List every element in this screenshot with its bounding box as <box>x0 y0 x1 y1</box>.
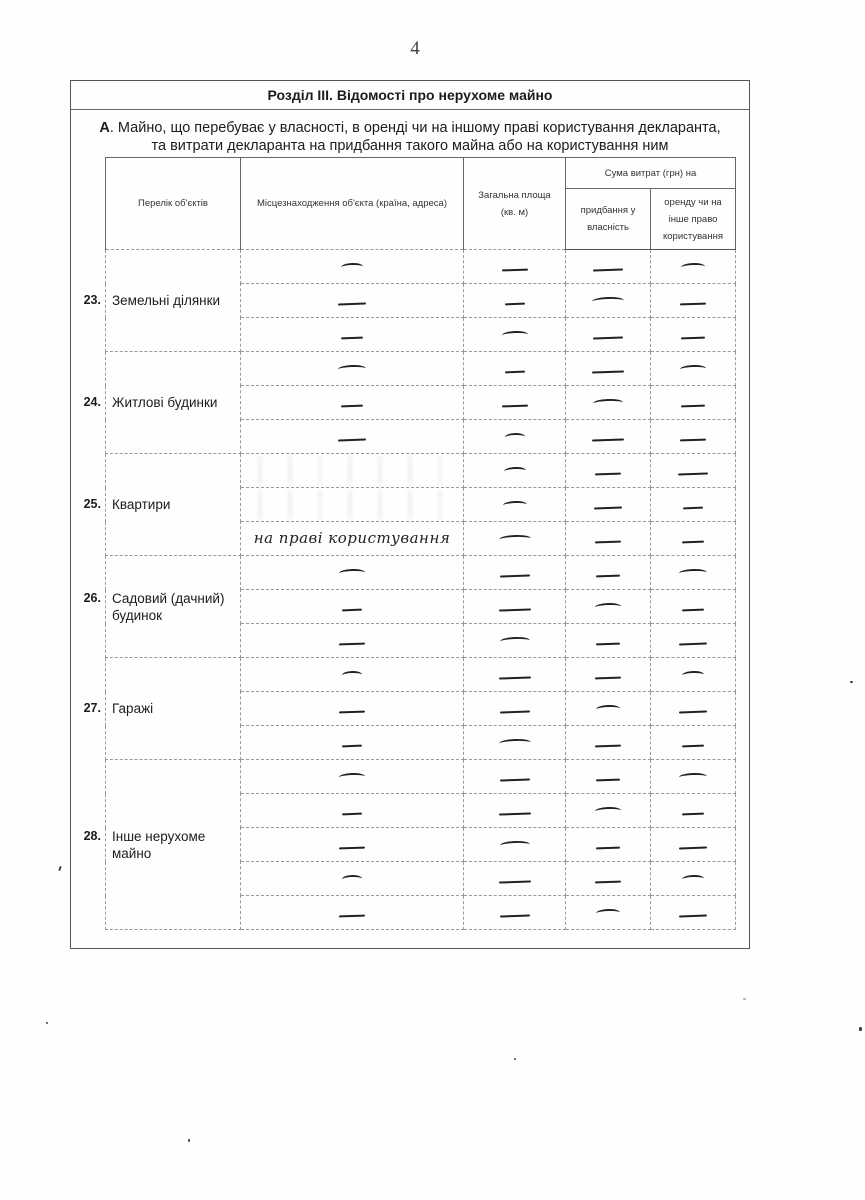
location-cell <box>241 590 464 624</box>
empty-dash-mark <box>681 404 705 407</box>
object-type-cell: 25.Квартири <box>106 454 241 556</box>
area-cell <box>464 862 566 896</box>
empty-dash-mark <box>679 710 707 713</box>
empty-dash-mark <box>595 744 621 747</box>
rent-cost-cell <box>651 590 736 624</box>
purchase-cost-cell <box>566 896 651 930</box>
purchase-cost-cell <box>566 352 651 386</box>
section-subtitle: А. Майно, що перебуває у власності, в ор… <box>71 119 749 155</box>
empty-dash-mark <box>595 472 621 475</box>
empty-dash-mark <box>596 574 620 577</box>
rent-cost-cell <box>651 726 736 760</box>
rent-cost-cell <box>651 522 736 556</box>
area-cell <box>464 556 566 590</box>
empty-dash-mark <box>502 500 526 509</box>
object-type-cell: 27.Гаражі <box>106 658 241 760</box>
area-cell <box>464 828 566 862</box>
empty-dash-mark <box>501 268 527 271</box>
empty-dash-mark <box>683 506 703 509</box>
object-type-cell: 24.Житлові будинки <box>106 352 241 454</box>
empty-dash-mark <box>341 262 363 271</box>
purchase-cost-cell <box>566 590 651 624</box>
empty-dash-mark <box>596 846 620 849</box>
rent-cost-cell <box>651 556 736 590</box>
object-type-label: Земельні ділянки <box>112 292 220 309</box>
empty-dash-mark <box>682 608 704 611</box>
empty-dash-mark <box>681 262 705 271</box>
section-number: 26. <box>68 590 101 607</box>
empty-dash-mark <box>595 806 621 815</box>
location-cell <box>241 250 464 284</box>
empty-dash-mark <box>596 704 620 713</box>
section-number: 25. <box>68 496 101 513</box>
rent-cost-cell <box>651 454 736 488</box>
empty-dash-mark <box>499 914 529 917</box>
location-cell <box>241 318 464 352</box>
redacted-address <box>245 456 459 485</box>
empty-dash-mark <box>339 772 365 781</box>
empty-dash-mark <box>594 506 622 509</box>
empty-dash-mark <box>498 676 530 679</box>
empty-dash-mark <box>596 642 620 645</box>
area-cell <box>464 488 566 522</box>
subtitle-line-1: . Майно, що перебуває у власності, в оре… <box>110 120 721 136</box>
empty-dash-mark <box>682 670 704 679</box>
rent-cost-cell <box>651 250 736 284</box>
purchase-cost-cell <box>566 862 651 896</box>
rent-cost-cell <box>651 862 736 896</box>
rent-cost-cell <box>651 488 736 522</box>
empty-dash-mark <box>339 710 365 713</box>
scan-speck <box>850 681 853 683</box>
empty-dash-mark <box>682 812 704 815</box>
empty-dash-mark <box>498 608 530 611</box>
purchase-cost-cell <box>566 726 651 760</box>
location-cell <box>241 862 464 896</box>
empty-dash-mark <box>339 568 365 577</box>
empty-dash-mark <box>342 812 362 815</box>
empty-dash-mark <box>501 404 527 407</box>
empty-dash-mark <box>342 670 362 679</box>
area-cell <box>464 386 566 420</box>
empty-dash-mark <box>680 438 706 441</box>
area-cell <box>464 896 566 930</box>
location-cell <box>241 828 464 862</box>
purchase-cost-cell <box>566 488 651 522</box>
empty-dash-mark <box>679 772 707 781</box>
purchase-cost-cell <box>566 828 651 862</box>
purchase-cost-cell <box>566 794 651 828</box>
empty-dash-mark <box>499 710 529 713</box>
empty-dash-mark <box>338 364 366 373</box>
empty-dash-mark <box>499 574 529 577</box>
empty-dash-mark <box>592 370 624 373</box>
empty-dash-mark <box>498 812 530 815</box>
empty-dash-mark <box>498 738 530 747</box>
purchase-cost-cell <box>566 556 651 590</box>
table-row: 23.Земельні ділянки <box>106 250 736 284</box>
page-number: 4 <box>0 38 830 60</box>
rent-cost-cell <box>651 760 736 794</box>
table-row: 28.Інше нерухоме майно <box>106 760 736 794</box>
rent-cost-cell <box>651 284 736 318</box>
empty-dash-mark <box>503 466 525 475</box>
empty-dash-mark <box>341 336 363 339</box>
rent-cost-cell <box>651 896 736 930</box>
purchase-cost-cell <box>566 420 651 454</box>
rent-cost-cell <box>651 386 736 420</box>
rent-cost-cell <box>651 352 736 386</box>
empty-dash-mark <box>338 438 366 441</box>
empty-dash-mark <box>499 840 529 849</box>
location-cell <box>241 896 464 930</box>
scan-speck <box>188 1139 190 1142</box>
section-number: 23. <box>68 292 101 309</box>
header-area: Загальна площа (кв. м) <box>464 158 566 250</box>
empty-dash-mark <box>593 398 623 407</box>
purchase-cost-cell <box>566 454 651 488</box>
empty-dash-mark <box>504 302 524 305</box>
purchase-cost-cell <box>566 692 651 726</box>
header-location: Місцезнаходження об'єкта (країна, адреса… <box>241 158 464 250</box>
empty-dash-mark <box>595 880 621 883</box>
empty-dash-mark <box>338 302 366 305</box>
section-number: 27. <box>68 700 101 717</box>
rent-cost-cell <box>651 828 736 862</box>
empty-dash-mark <box>498 880 530 883</box>
area-cell <box>464 624 566 658</box>
empty-dash-mark <box>678 472 708 475</box>
empty-dash-mark <box>679 642 707 645</box>
empty-dash-mark <box>339 846 365 849</box>
location-cell <box>241 352 464 386</box>
area-cell <box>464 760 566 794</box>
location-cell <box>241 556 464 590</box>
empty-dash-mark <box>596 778 620 781</box>
location-cell <box>241 488 464 522</box>
table-row: 24.Житлові будинки <box>106 352 736 386</box>
empty-dash-mark <box>595 540 621 543</box>
section-box: Розділ III. Відомості про нерухоме майно… <box>70 80 750 949</box>
empty-dash-mark <box>682 744 704 747</box>
purchase-cost-cell <box>566 658 651 692</box>
header-purchase: придбання у власність <box>566 189 651 250</box>
location-cell <box>241 284 464 318</box>
area-cell <box>464 318 566 352</box>
empty-dash-mark <box>339 642 365 645</box>
rent-cost-cell <box>651 420 736 454</box>
subtitle-line-2: та витрати декларанта на придбання таког… <box>152 138 669 154</box>
purchase-cost-cell <box>566 318 651 352</box>
empty-dash-mark <box>501 330 527 339</box>
location-cell <box>241 760 464 794</box>
purchase-cost-cell <box>566 760 651 794</box>
header-expenses: Сума витрат (грн) на <box>566 158 736 189</box>
rent-cost-cell <box>651 794 736 828</box>
table-row: 27.Гаражі <box>106 658 736 692</box>
location-cell <box>241 454 464 488</box>
header-objects: Перелік об'єктів <box>106 158 241 250</box>
empty-dash-mark <box>682 874 704 883</box>
empty-dash-mark <box>342 744 362 747</box>
purchase-cost-cell <box>566 624 651 658</box>
object-type-label: Інше нерухоме майно <box>112 828 227 862</box>
object-type-label: Житлові будинки <box>112 394 217 411</box>
location-cell <box>241 624 464 658</box>
empty-dash-mark <box>681 336 705 339</box>
location-cell <box>241 726 464 760</box>
empty-dash-mark <box>595 676 621 679</box>
area-cell <box>464 692 566 726</box>
area-cell <box>464 726 566 760</box>
empty-dash-mark <box>596 908 620 917</box>
empty-dash-mark <box>593 268 623 271</box>
empty-dash-mark <box>682 540 704 543</box>
area-cell <box>464 794 566 828</box>
empty-dash-mark <box>680 302 706 305</box>
object-type-cell: 26.Садовий (дачний) будинок <box>106 556 241 658</box>
empty-dash-mark <box>593 336 623 339</box>
area-cell <box>464 454 566 488</box>
area-cell <box>464 658 566 692</box>
area-cell <box>464 420 566 454</box>
handwritten-note: на праві користування <box>254 529 451 547</box>
empty-dash-mark <box>342 874 362 883</box>
empty-dash-mark <box>339 914 365 917</box>
object-type-label: Садовий (дачний) будинок <box>112 590 227 624</box>
rent-cost-cell <box>651 692 736 726</box>
empty-dash-mark <box>679 846 707 849</box>
section-number: 28. <box>68 828 101 845</box>
empty-dash-mark <box>499 636 529 645</box>
scan-speck <box>859 1027 862 1031</box>
subtitle-letter: А <box>99 120 109 136</box>
location-cell: на праві користування <box>241 522 464 556</box>
area-cell <box>464 250 566 284</box>
redacted-address <box>245 490 459 519</box>
header-rent: оренду чи на інше право користування <box>651 189 736 250</box>
rent-cost-cell <box>651 318 736 352</box>
empty-dash-mark <box>504 432 524 441</box>
object-type-cell: 23.Земельні ділянки <box>106 250 241 352</box>
empty-dash-mark <box>504 370 524 373</box>
section-number: 24. <box>68 394 101 411</box>
scan-speck <box>514 1058 516 1060</box>
empty-dash-mark <box>341 404 363 407</box>
scan-speck <box>58 866 62 871</box>
purchase-cost-cell <box>566 250 651 284</box>
object-type-cell: 28.Інше нерухоме майно <box>106 760 241 930</box>
location-cell <box>241 386 464 420</box>
empty-dash-mark <box>679 914 707 917</box>
area-cell <box>464 284 566 318</box>
rent-cost-cell <box>651 624 736 658</box>
location-cell <box>241 692 464 726</box>
area-cell <box>464 522 566 556</box>
scan-speck <box>743 998 746 1000</box>
empty-dash-mark <box>595 602 621 611</box>
table-row: 25.Квартири <box>106 454 736 488</box>
empty-dash-mark <box>680 364 706 373</box>
purchase-cost-cell <box>566 522 651 556</box>
area-cell <box>464 352 566 386</box>
object-type-label: Квартири <box>112 496 170 513</box>
empty-dash-mark <box>499 778 529 781</box>
object-type-label: Гаражі <box>112 700 153 717</box>
scan-speck <box>46 1022 48 1024</box>
real-estate-table: Перелік об'єктів Місцезнаходження об'єкт… <box>105 157 736 930</box>
empty-dash-mark <box>592 296 624 305</box>
location-cell <box>241 420 464 454</box>
purchase-cost-cell <box>566 386 651 420</box>
empty-dash-mark <box>498 534 530 543</box>
empty-dash-mark <box>679 568 707 577</box>
purchase-cost-cell <box>566 284 651 318</box>
empty-dash-mark <box>592 438 624 441</box>
area-cell <box>464 590 566 624</box>
location-cell <box>241 794 464 828</box>
location-cell <box>241 658 464 692</box>
section-title: Розділ III. Відомості про нерухоме майно <box>71 81 749 110</box>
rent-cost-cell <box>651 658 736 692</box>
table-row: 26.Садовий (дачний) будинок <box>106 556 736 590</box>
empty-dash-mark <box>342 608 362 611</box>
